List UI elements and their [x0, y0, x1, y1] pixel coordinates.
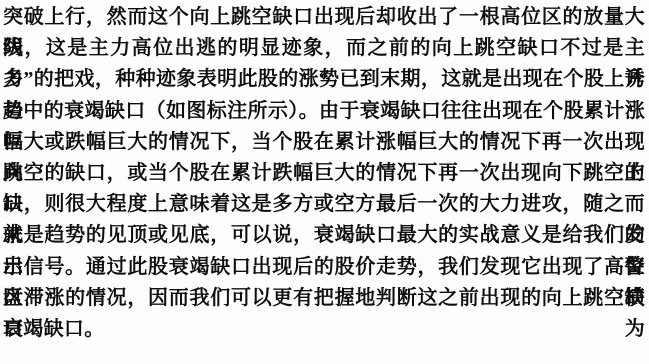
text-line: 示信号。通过此股衰竭缺口出现后的股价走势，我们发现它出现了高位区横	[3, 252, 645, 283]
text-line: 就是趋势的见顶或见底，可以说，衰竭缺口最大的实战意义是给我们发出警	[3, 220, 645, 251]
text-line: 盘滞涨的情况，因而我们可以更有把握地判断这之前出现的向上跳空缺口为	[3, 283, 645, 314]
text-line: 突破上行，然而这个向上跳空缺口出现后却收出了一根高位区的放量大阴	[3, 2, 645, 33]
text-line: 口，则很大程度上意味着这是多方或空方最后一次的大力进攻，随之而来的	[3, 189, 645, 220]
text-line: 多”的把戏，种种迹象表明此股的涨势已到末期，这就是出现在个股上升趋	[3, 64, 645, 95]
text-line: 巨大或跌幅巨大的情况下，当个股在累计涨幅巨大的情况下再一次出现向上	[3, 127, 645, 158]
text-line: 跳空的缺口，或当个股在累计跌幅巨大的情况下再一次出现向下跳空的缺	[3, 158, 645, 189]
scanned-text-page: 突破上行，然而这个向上跳空缺口出现后却收出了一根高位区的放量大阴 线，这是主力高…	[0, 0, 649, 364]
text-line: 线，这是主力高位出逃的明显迹象，而之前的向上跳空缺口不过是主力“诱	[3, 33, 645, 64]
text-line: 势中的衰竭缺口（如图标注所示）。由于衰竭缺口往往出现在个股累计涨幅	[3, 96, 645, 127]
